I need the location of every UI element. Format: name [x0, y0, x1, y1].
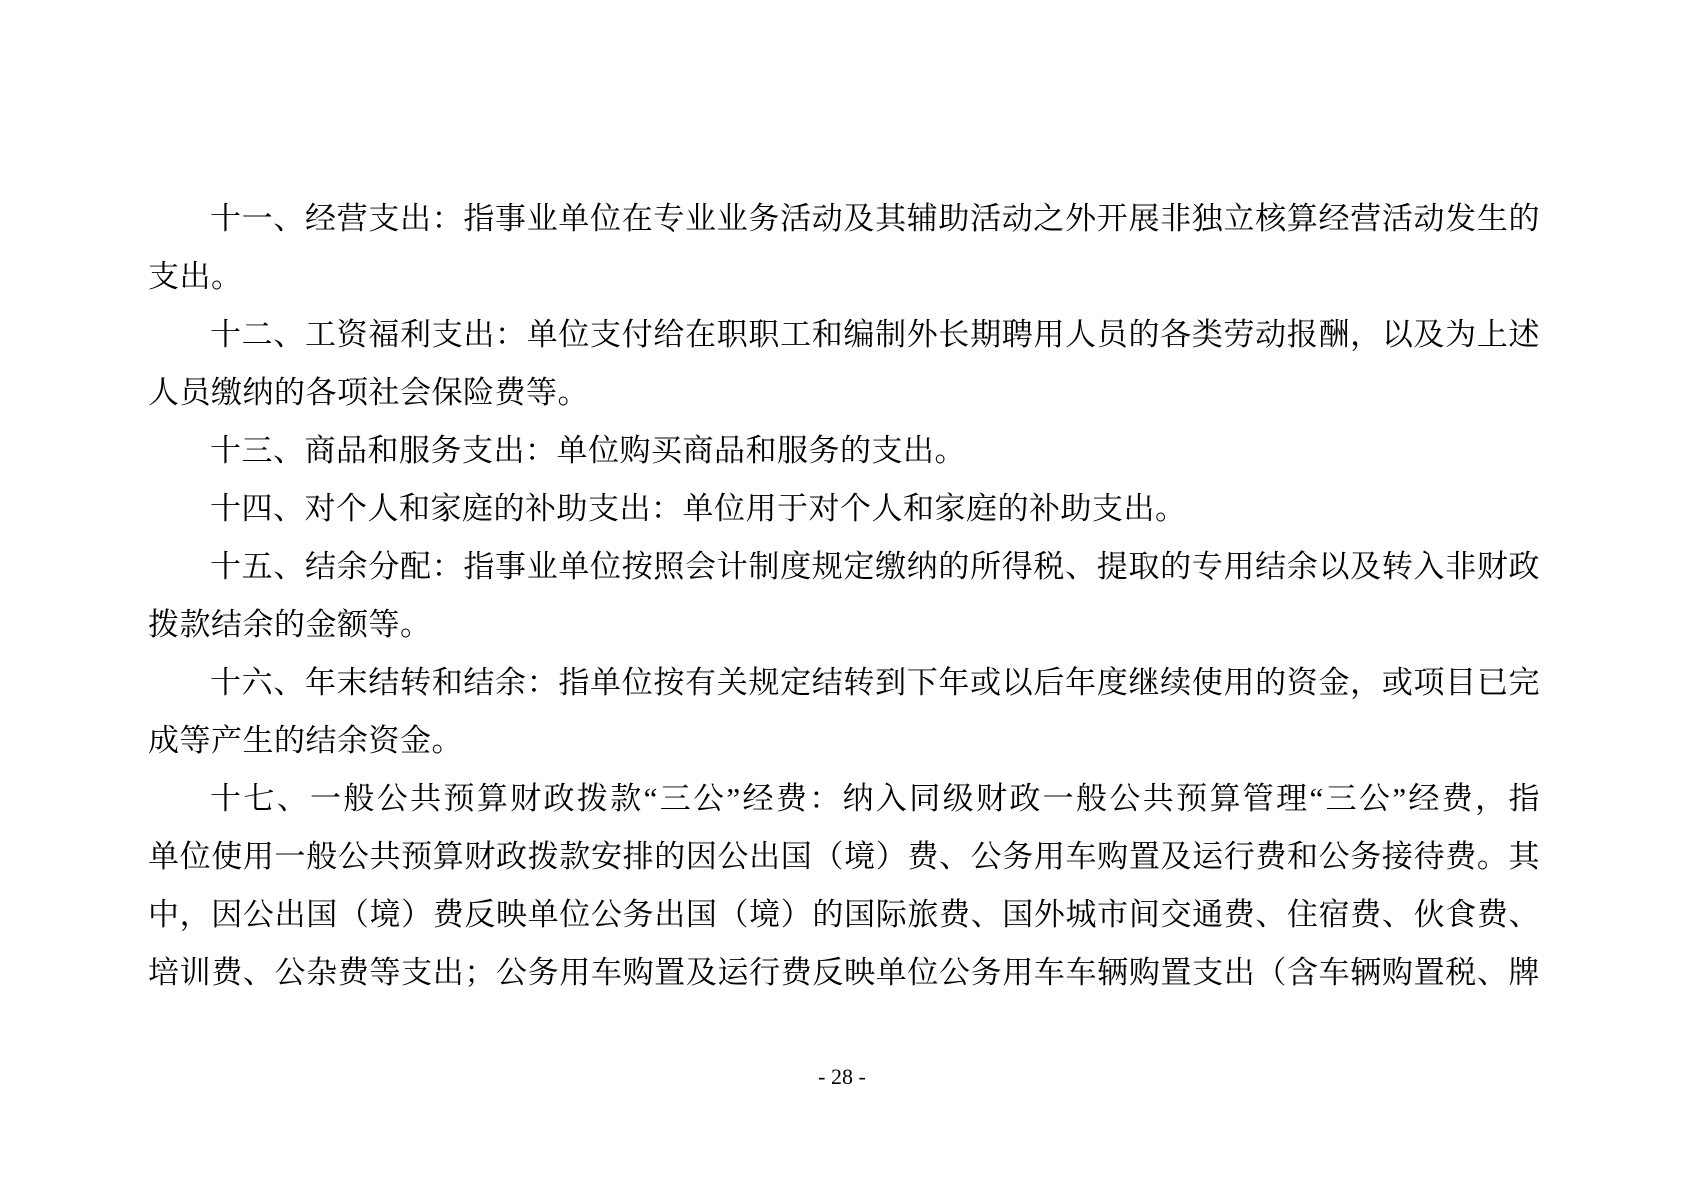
- paragraph-line: 中，因公出国（境）费反映单位公务出国（境）的国际旅费、国外城市间交通费、住宿费、…: [148, 886, 1540, 944]
- paragraph-line: 拨款结余的金额等。: [148, 596, 1540, 654]
- paragraph-line: 十二、工资福利支出：单位支付给在职职工和编制外长期聘用人员的各类劳动报酬，以及为…: [148, 306, 1540, 364]
- document-page: 十一、经营支出：指事业单位在专业业务活动及其辅助活动之外开展非独立核算经营活动发…: [0, 0, 1684, 1191]
- paragraph-line: 十三、商品和服务支出：单位购买商品和服务的支出。: [148, 422, 1540, 480]
- document-text: 十一、经营支出：指事业单位在专业业务活动及其辅助活动之外开展非独立核算经营活动发…: [148, 190, 1540, 1002]
- paragraph-line: 十五、结余分配：指事业单位按照会计制度规定缴纳的所得税、提取的专用结余以及转入非…: [148, 538, 1540, 596]
- paragraph-line: 成等产生的结余资金。: [148, 712, 1540, 770]
- paragraph-line: 培训费、公杂费等支出；公务用车购置及运行费反映单位公务用车车辆购置支出（含车辆购…: [148, 944, 1540, 1002]
- page-number: - 28 -: [0, 1062, 1684, 1092]
- paragraph-line: 人员缴纳的各项社会保险费等。: [148, 364, 1540, 422]
- paragraph-line: 单位使用一般公共预算财政拨款安排的因公出国（境）费、公务用车购置及运行费和公务接…: [148, 828, 1540, 886]
- paragraph-line: 十六、年末结转和结余：指单位按有关规定结转到下年或以后年度继续使用的资金，或项目…: [148, 654, 1540, 712]
- paragraph-line: 支出。: [148, 248, 1540, 306]
- paragraph-line: 十七、一般公共预算财政拨款“三公”经费：纳入同级财政一般公共预算管理“三公”经费…: [148, 770, 1540, 828]
- paragraph-line: 十四、对个人和家庭的补助支出：单位用于对个人和家庭的补助支出。: [148, 480, 1540, 538]
- paragraph-line: 十一、经营支出：指事业单位在专业业务活动及其辅助活动之外开展非独立核算经营活动发…: [148, 190, 1540, 248]
